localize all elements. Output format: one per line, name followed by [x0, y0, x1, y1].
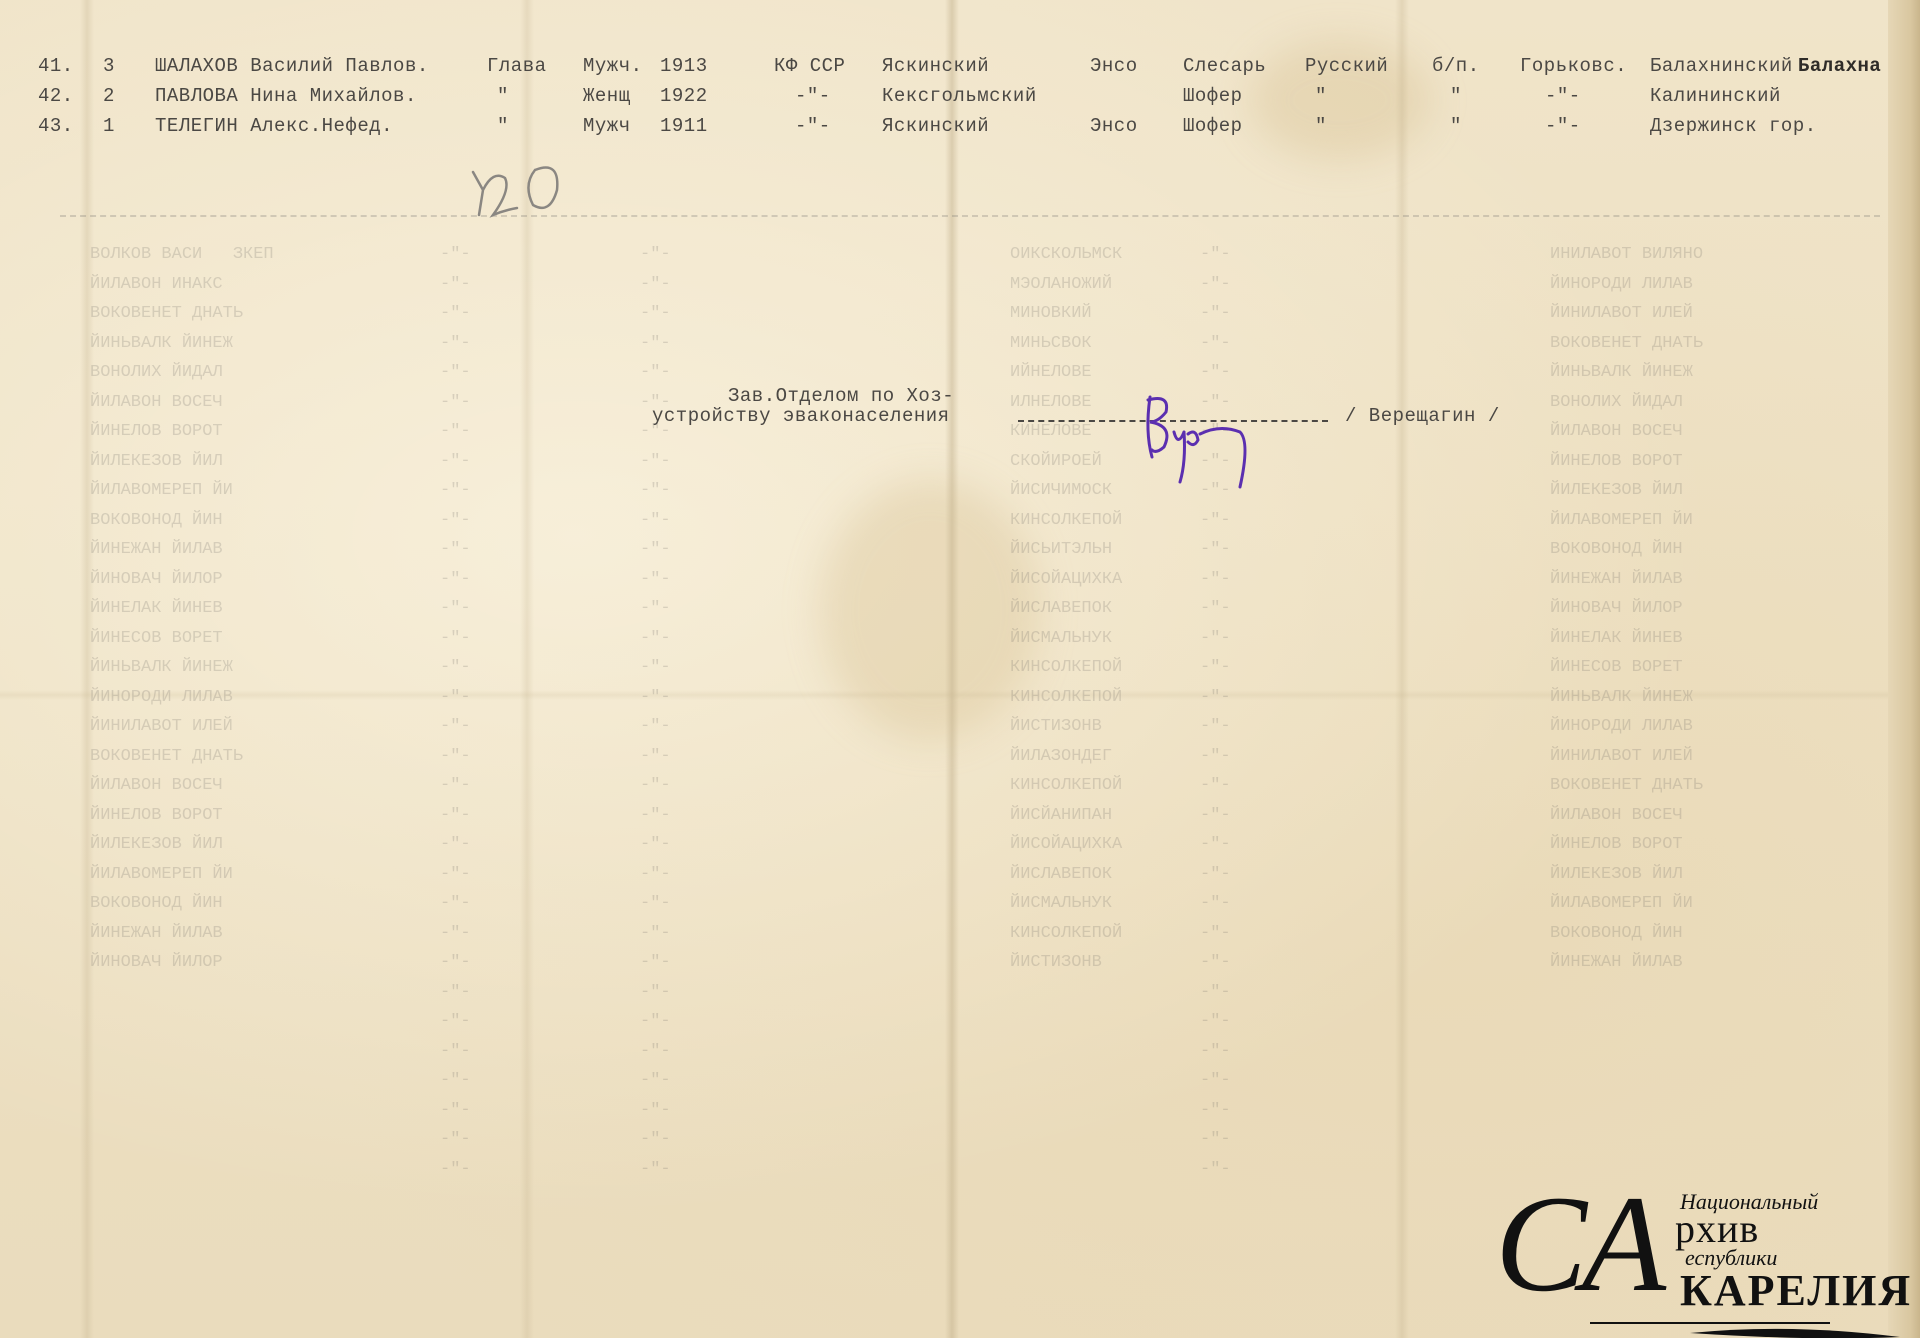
birth-year: 1922 [660, 85, 708, 107]
pencil-page-number [465, 160, 575, 235]
logo-monogram: СА [1495, 1175, 1666, 1313]
logo-line-karelia: КАРЕЛИЯ [1680, 1265, 1912, 1316]
ghost-column: -"- -"- -"- -"- -"- -"- -"- -"- -"- -"- … [1200, 240, 1231, 1184]
destination-district: Балахнинский [1650, 55, 1793, 77]
archive-logo: СА Национальный рхив еспублики КАРЕЛИЯ [1495, 1175, 1895, 1335]
occupation: Шофер [1183, 115, 1243, 137]
family-count: 2 [103, 85, 115, 107]
destination-region: -"- [1545, 85, 1581, 107]
ghost-column: -"- -"- -"- -"- -"- -"- -"- -"- -"- -"- … [640, 240, 671, 1184]
origin-district: Яскинский [882, 55, 989, 77]
origin-district: Кексгольмский [882, 85, 1037, 107]
row-number: 43. [38, 115, 74, 137]
occupation: Слесарь [1183, 55, 1266, 77]
occupation: Шофер [1183, 85, 1243, 107]
signer-title-line1: Зав.Отделом по Хоз- [728, 385, 954, 407]
family-count: 1 [103, 115, 115, 137]
family-role: " [497, 85, 509, 107]
page-edge [1888, 0, 1920, 1338]
nationality: " [1315, 115, 1327, 137]
ghost-column: ИНИЛАВОТ ВИЛЯНО ЙИНОРОДИ ЛИЛАВ ЙИНИЛАВОТ… [1550, 240, 1703, 978]
party: б/п. [1432, 55, 1480, 77]
nationality: " [1315, 85, 1327, 107]
party: " [1450, 115, 1462, 137]
destination-district: Дзержинск гор. [1650, 115, 1817, 137]
row-number: 42. [38, 85, 74, 107]
fold-crease [945, 0, 959, 1338]
citizenship: -"- [795, 85, 831, 107]
organization: Энсо [1090, 55, 1138, 77]
fold-crease [1395, 0, 1409, 1338]
signer-title-line2: устройству эваконаселения [652, 405, 950, 427]
signer-name: / Верещагин / [1345, 405, 1500, 427]
family-role: Глава [487, 55, 547, 77]
row-number: 41. [38, 55, 74, 77]
destination-district: Калининский [1650, 85, 1781, 107]
paper-stain [820, 480, 1040, 740]
person-name: ПАВЛОВА Нина Михайлов. [155, 85, 417, 107]
destination-region: -"- [1545, 115, 1581, 137]
destination-region: Горьковс. [1520, 55, 1627, 77]
ghost-column: ОИКСКОЛЬМСК МЭОЛАНОЖИЙ МИНОВКИЙ МИНЬСВОК… [1010, 240, 1122, 978]
person-name: ТЕЛЕГИН Алекс.Нефед. [155, 115, 393, 137]
sex: Мужч. [583, 55, 643, 77]
destination-town: Балахна [1798, 55, 1881, 77]
nationality: Русский [1305, 55, 1388, 77]
organization: Энсо [1090, 115, 1138, 137]
family-count: 3 [103, 55, 115, 77]
ghost-column: ВОЛКОВ ВАСИ ЗКЕП ЙИЛАВОН ИНАКС ВОКОВЕНЕТ… [90, 240, 274, 978]
birth-year: 1913 [660, 55, 708, 77]
citizenship: КФ ССР [774, 55, 845, 77]
birth-year: 1911 [660, 115, 708, 137]
citizenship: -"- [795, 115, 831, 137]
origin-district: Яскинский [882, 115, 989, 137]
family-role: " [497, 115, 509, 137]
ghost-rule [60, 215, 1880, 217]
party: " [1450, 85, 1462, 107]
sex: Мужч [583, 115, 631, 137]
ghost-column: -"- -"- -"- -"- -"- -"- -"- -"- -"- -"- … [440, 240, 471, 1184]
sex: Женщ [583, 85, 631, 107]
person-name: ШАЛАХОВ Василий Павлов. [155, 55, 429, 77]
quill-feather-icon [1690, 1323, 1900, 1338]
handwritten-signature [1140, 392, 1260, 497]
